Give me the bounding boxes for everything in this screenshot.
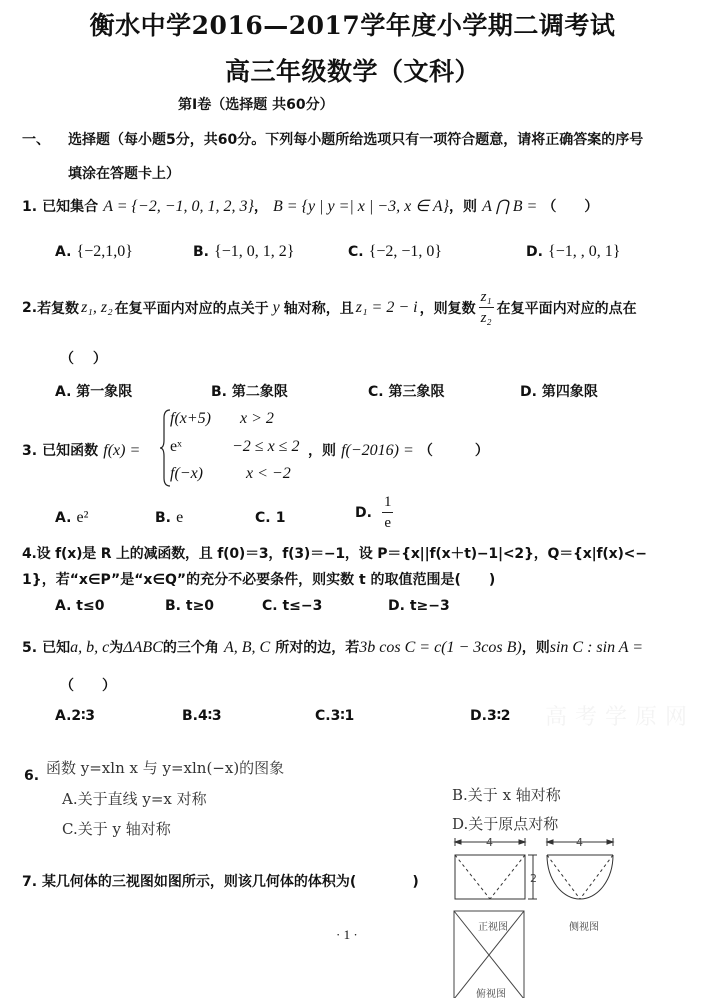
answer-blank: （ ）: [419, 443, 489, 459]
answer-blank: （ ）: [542, 199, 598, 215]
option-value: {−2,1,0}: [77, 243, 133, 260]
piece-expression: eˣ: [170, 438, 182, 456]
q2-option-c: C. 第三象限: [368, 381, 444, 401]
option-value: t≥0: [186, 598, 214, 614]
option-value: 3∶2: [487, 708, 511, 724]
option-value: 2∶3: [71, 708, 95, 724]
math-z1-value: z₁ = 2 − i: [356, 299, 418, 317]
q3-option-a: A. e²: [55, 507, 88, 527]
q4-option-a: A. t≤0: [55, 598, 104, 614]
q6-option-d: D.关于原点对称: [452, 813, 558, 834]
option-value: 关于直线 y=x 对称: [78, 790, 207, 808]
q6-option-c: C.关于 y 轴对称: [62, 818, 171, 839]
math-triangle: ΔABC: [123, 639, 163, 656]
fraction-one-over-e: 1 e: [382, 495, 394, 531]
front-view-label: 正视图: [478, 918, 508, 933]
question-text: 所对的边，若: [275, 640, 359, 656]
numerator: z₁: [479, 290, 494, 308]
question-text: 已知集合: [42, 199, 98, 215]
q6-option-b: B.关于 x 轴对称: [452, 784, 561, 805]
math-intersection: A ⋂ B =: [482, 198, 537, 215]
question-number: 7.: [22, 874, 37, 890]
question-text: 在复平面内对应的点在: [497, 298, 637, 318]
option-value: t≥−3: [410, 598, 450, 614]
piece-expression: f(−x): [170, 465, 203, 483]
piece-condition: x > 2: [240, 410, 274, 428]
fraction-z1-over-z2: z₁ z₂: [479, 290, 494, 326]
section-heading: 第Ⅰ卷（选择题 共60分）: [178, 94, 334, 114]
q1-option-a: A. {−2,1,0}: [55, 241, 133, 261]
option-label: D.: [452, 815, 468, 833]
question-text: ，则: [522, 640, 550, 656]
instructions-line-2: 填涂在答题卡上）: [68, 163, 180, 183]
instructions-line-1: 选择题（每小题5分，共60分。下列每小题所给选项只有一项符合题意，请将正确答案的…: [68, 129, 643, 149]
question-text: 设 f(x)是 R 上的减函数，且 f(0)＝3，f(3)＝−1，设 P＝{x|…: [37, 546, 647, 562]
option-value: 第一象限: [76, 384, 132, 400]
option-value: 3∶1: [331, 708, 355, 724]
option-label: D.: [470, 708, 487, 724]
question-number: 6.: [24, 768, 39, 784]
question-4-line-2: 1}，若“x∈P”是“x∈Q”的充分不必要条件，则实数 t 的取值范围是( ): [22, 569, 495, 589]
option-label: A.: [55, 510, 71, 526]
option-label: C.: [348, 244, 364, 260]
option-value: e²: [77, 509, 89, 526]
option-value: 4∶3: [198, 708, 222, 724]
option-label: A.: [55, 244, 71, 260]
option-value: 第三象限: [388, 384, 444, 400]
q2-option-b: B. 第二象限: [211, 381, 288, 401]
q5-option-c: C.3∶1: [315, 708, 354, 724]
option-label: A.: [55, 708, 71, 724]
question-text: ，则复数: [420, 298, 476, 318]
option-label: B.: [165, 598, 181, 614]
q2-option-a: A. 第一象限: [55, 381, 132, 401]
option-label: B.: [211, 384, 227, 400]
piece-condition: x < −2: [246, 465, 291, 483]
option-label: B.: [155, 510, 171, 526]
page-number: · 1 ·: [336, 927, 358, 943]
math-y: y: [273, 299, 280, 317]
q5-option-a: A.2∶3: [55, 708, 95, 724]
front-view: [455, 838, 537, 899]
question-text: 轴对称，且: [284, 298, 354, 318]
question-text: 已知: [42, 640, 70, 656]
question-number: 3.: [22, 443, 37, 459]
question-text: 的三个角: [163, 640, 219, 656]
answer-blank: （ ）: [60, 675, 116, 695]
q4-option-b: B. t≥0: [165, 598, 214, 614]
option-value: t≤0: [76, 598, 104, 614]
q5-option-b: B.4∶3: [182, 708, 222, 724]
side-view-label: 侧视图: [569, 918, 599, 933]
watermark: 高考学原网: [545, 700, 695, 731]
q3-option-b: B. e: [155, 507, 183, 527]
exam-subtitle: 高三年级数学（文科）: [0, 52, 705, 88]
question-3: 3. 已知函数 f(x) =: [22, 440, 140, 460]
question-number: 2.: [22, 300, 37, 316]
question-7: 7. 某几何体的三视图如图所示，则该几何体的体积为( ): [22, 871, 419, 891]
option-value: 关于 y 轴对称: [78, 820, 171, 838]
option-label: D.: [388, 598, 405, 614]
question-6-stem: 函数 y=xln x 与 y=xln(−x)的图象: [46, 757, 284, 778]
option-label: C.: [368, 384, 384, 400]
q6-option-a: A.关于直线 y=x 对称: [62, 788, 207, 809]
option-value: {−2, −1, 0}: [369, 243, 442, 260]
option-label: A.: [55, 384, 71, 400]
math-function: f(x) =: [103, 442, 140, 459]
math-set-b: B = {y | y =| x | −3, x ∈ A}: [273, 198, 449, 215]
option-label: B.: [182, 708, 198, 724]
option-value: 关于 x 轴对称: [468, 786, 561, 804]
option-value: 关于原点对称: [468, 815, 558, 833]
option-label: C.: [315, 708, 331, 724]
denominator: e: [384, 513, 391, 531]
q1-option-c: C. {−2, −1, 0}: [348, 241, 442, 261]
denominator: z₂: [481, 308, 492, 326]
option-value: {−1, 0, 1, 2}: [214, 243, 294, 260]
question-text: 为: [109, 640, 123, 656]
question-text: ，则: [308, 443, 336, 459]
question-1: 1. 已知集合 A = {−2, −1, 0, 1, 2, 3}， B = {y…: [22, 196, 598, 216]
answer-blank: （ ）: [60, 348, 107, 368]
q4-option-d: D. t≥−3: [388, 598, 450, 614]
q3-option-c: C. 1: [255, 507, 285, 526]
option-value: {−1, , 0, 1}: [548, 243, 620, 260]
math-angles: A, B, C: [224, 639, 270, 656]
option-value: 第四象限: [542, 384, 598, 400]
option-value: t≤−3: [282, 598, 322, 614]
option-label: B.: [452, 786, 468, 804]
question-text: 某几何体的三视图如图所示，则该几何体的体积为( ): [42, 874, 419, 890]
question-3-tail: ，则 f(−2016) = （ ）: [308, 440, 489, 460]
option-label: A.: [55, 598, 71, 614]
option-label: D.: [355, 505, 372, 521]
numerator: 1: [382, 495, 394, 513]
width-dimension: 4: [486, 838, 493, 849]
math-query: f(−2016) =: [341, 442, 414, 459]
question-2: 2. 若复数 z₁, z₂ 在复平面内对应的点关于 y 轴对称，且 z₁ = 2…: [22, 290, 637, 326]
option-label: C.: [62, 820, 78, 838]
exam-title: 衡水中学2016—2017学年度小学期二调考试: [0, 6, 705, 42]
math-z1-z2: z₁, z₂: [81, 299, 113, 317]
q4-option-c: C. t≤−3: [262, 598, 322, 614]
q3-option-d: D. 1 e: [355, 495, 393, 531]
option-label: D.: [520, 384, 537, 400]
question-text: ，则: [449, 199, 477, 215]
q5-option-d: D.3∶2: [470, 708, 511, 724]
question-text: 在复平面内对应的点关于: [115, 298, 269, 318]
question-number: 1.: [22, 199, 37, 215]
question-4-line-1: 4.设 f(x)是 R 上的减函数，且 f(0)＝3，f(3)＝−1，设 P＝{…: [22, 543, 647, 563]
option-label: C.: [255, 510, 271, 526]
question-number: 5.: [22, 640, 37, 656]
question-number: 4.: [22, 546, 37, 562]
separator: ，: [254, 199, 268, 215]
option-label: B.: [193, 244, 209, 260]
option-value: 第二象限: [232, 384, 288, 400]
q1-option-d: D. {−1, , 0, 1}: [526, 241, 620, 261]
option-value: e: [176, 509, 183, 526]
part-number: 一、: [22, 129, 50, 149]
top-view-label: 俯视图: [476, 985, 506, 1000]
math-set-a: A = {−2, −1, 0, 1, 2, 3}: [103, 198, 254, 215]
width-dimension: 4: [576, 838, 583, 849]
option-value: 1: [276, 510, 286, 526]
option-label: D.: [526, 244, 543, 260]
option-label: A.: [62, 790, 78, 808]
option-label: C.: [262, 598, 278, 614]
q1-option-b: B. {−1, 0, 1, 2}: [193, 241, 294, 261]
math-ratio: sin C : sin A =: [550, 639, 643, 656]
math-condition: 3b cos C = c(1 − 3cos B): [359, 639, 521, 656]
piece-expression: f(x+5): [170, 410, 211, 428]
piece-condition: −2 ≤ x ≤ 2: [232, 438, 299, 456]
question-text: 已知函数: [42, 443, 98, 459]
q2-option-d: D. 第四象限: [520, 381, 598, 401]
height-dimension: 2: [530, 872, 537, 885]
question-5: 5. 已知a, b, c为ΔABC的三个角 A, B, C 所对的边，若3b c…: [22, 637, 643, 657]
math-abc: a, b, c: [70, 639, 109, 656]
question-text: 若复数: [37, 298, 79, 318]
